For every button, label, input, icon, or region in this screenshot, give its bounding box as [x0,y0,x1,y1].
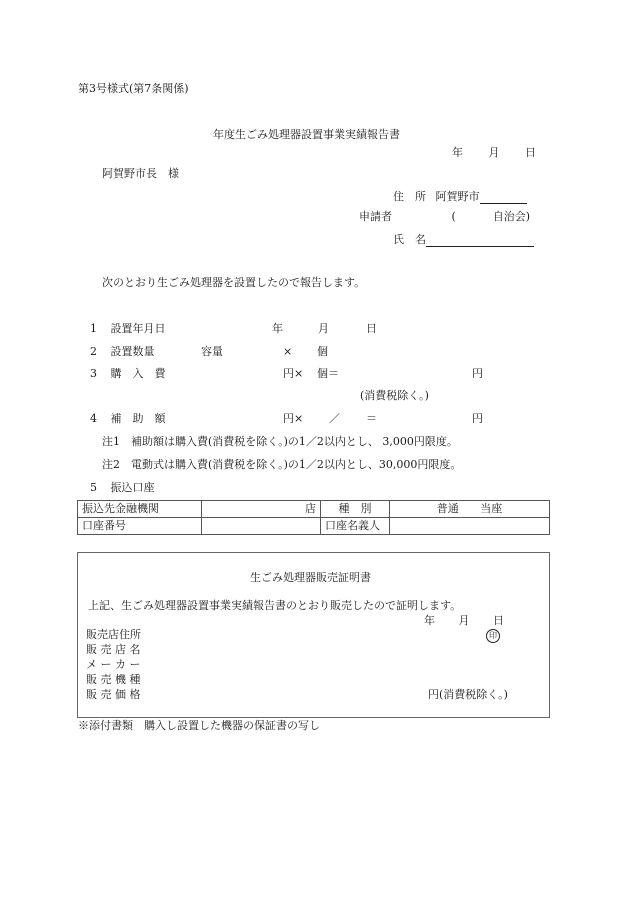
date-year: 年 [452,146,463,159]
addressee: 阿賀野市長 様 [102,167,179,181]
certificate-statement: 上記、生ごみ処理器設置事業実績報告書のとおり販売したので証明します。 [88,599,461,613]
item-part: 容量 [201,345,223,359]
form-number: 第3号様式(第7条関係) [78,82,189,96]
item-part: 円 [472,367,483,381]
date-month: 月 [459,614,470,627]
field-model: 販 売 機 種 [86,673,141,687]
field-store-name: 販 売 店 名 [86,643,141,657]
note-2: 注2 電動式は購入費(消費税を除く。)の1／2以内とし、30,000円限度。 [102,458,461,472]
section-label: 振込口座 [111,481,155,494]
association-open: ( [452,210,456,223]
field-maker: メ ー カ ー [86,658,141,672]
field-price: 販 売 価 格 [86,688,141,702]
price-suffix: 円(消費税除く。) [428,688,508,702]
bank-account-table: 振込先金融機関 店 種 別 普通 当座 口座番号 口座名義人 [77,500,550,535]
item-label: 設置年月日 [111,322,166,335]
item-number: 3 [90,367,97,380]
item-part: 個 [317,345,328,359]
holder-field[interactable] [390,518,550,535]
item-number: 2 [90,345,97,358]
address-field[interactable] [480,191,527,204]
document-title: 年度生ごみ処理器設置事業実績報告書 [213,128,400,142]
item-part: × [283,345,292,359]
item-3: 3 購 入 費 円× 個＝ 円 [90,367,166,381]
name-label: 氏 名 [393,233,426,246]
date-day: 日 [525,146,536,159]
item-1: 1 設置年月日 年 月 日 [90,322,166,336]
name-line: 氏 名 [393,233,534,247]
applicant-line: 申請者 ( 自治会) [359,210,530,224]
type-label: 種 別 [321,501,390,518]
type-option-current[interactable]: 当座 [480,502,502,515]
date-day: 日 [493,614,504,627]
item-label: 購 入 費 [111,367,166,380]
item-part: 円× [283,412,303,426]
applicant-label: 申請者 [359,210,392,223]
item-4: 4 補 助 額 円× ／ ＝ 円 [90,412,166,426]
address-value: 阿賀野市 [436,190,480,203]
address-line: 住 所 阿賀野市 [393,190,527,204]
branch-suffix: 店 [305,502,316,515]
type-option-ordinary[interactable]: 普通 [437,502,459,515]
certificate-title: 生ごみ処理器販売証明書 [250,571,371,585]
item-part: 日 [366,322,377,336]
item-part: 年 [272,322,283,336]
date-year: 年 [424,614,435,627]
item-label: 設置数量 [111,345,155,358]
attachment-note: ※添付書類 購入し設置した機器の保証書の写し [78,719,320,733]
address-label: 住 所 [393,190,426,203]
header-date: 年 月 日 [452,146,536,160]
account-number-field[interactable] [202,518,321,535]
bank-field[interactable]: 店 [202,501,321,518]
account-number-label: 口座番号 [78,518,202,535]
item-part: ／ [329,412,340,426]
holder-label: 口座名義人 [321,518,390,535]
section-number: 5 [90,481,97,494]
item-part: 円× [283,367,303,381]
association-suffix: 自治会) [493,210,530,223]
seal-icon: 印 [486,628,500,643]
item-label: 補 助 額 [111,412,166,425]
type-options[interactable]: 普通 当座 [390,501,550,518]
note-1: 注1 補助額は購入費(消費税を除く。)の1／2以内とし、 3,000円限度。 [102,435,458,449]
item-part: 円 [472,412,483,426]
field-store-address: 販売店住所 [86,628,141,642]
date-month: 月 [489,146,500,159]
item-2: 2 設置数量 容量 × 個 [90,345,155,359]
item-part: 月 [318,322,329,336]
name-field[interactable] [426,234,534,247]
certificate-date: 年 月 日 [424,614,504,628]
section-5: 5 振込口座 [90,481,155,495]
item-number: 4 [90,412,97,425]
item-3-note: (消費税除く。) [360,389,429,403]
intro-text: 次のとおり生ごみ処理器を設置したので報告します。 [102,276,365,290]
item-part: 個＝ [317,367,339,381]
item-number: 1 [90,322,97,335]
sales-certificate-box: 生ごみ処理器販売証明書 上記、生ごみ処理器設置事業実績報告書のとおり販売したので… [77,552,550,718]
bank-label: 振込先金融機関 [78,501,202,518]
item-part: ＝ [366,412,377,426]
